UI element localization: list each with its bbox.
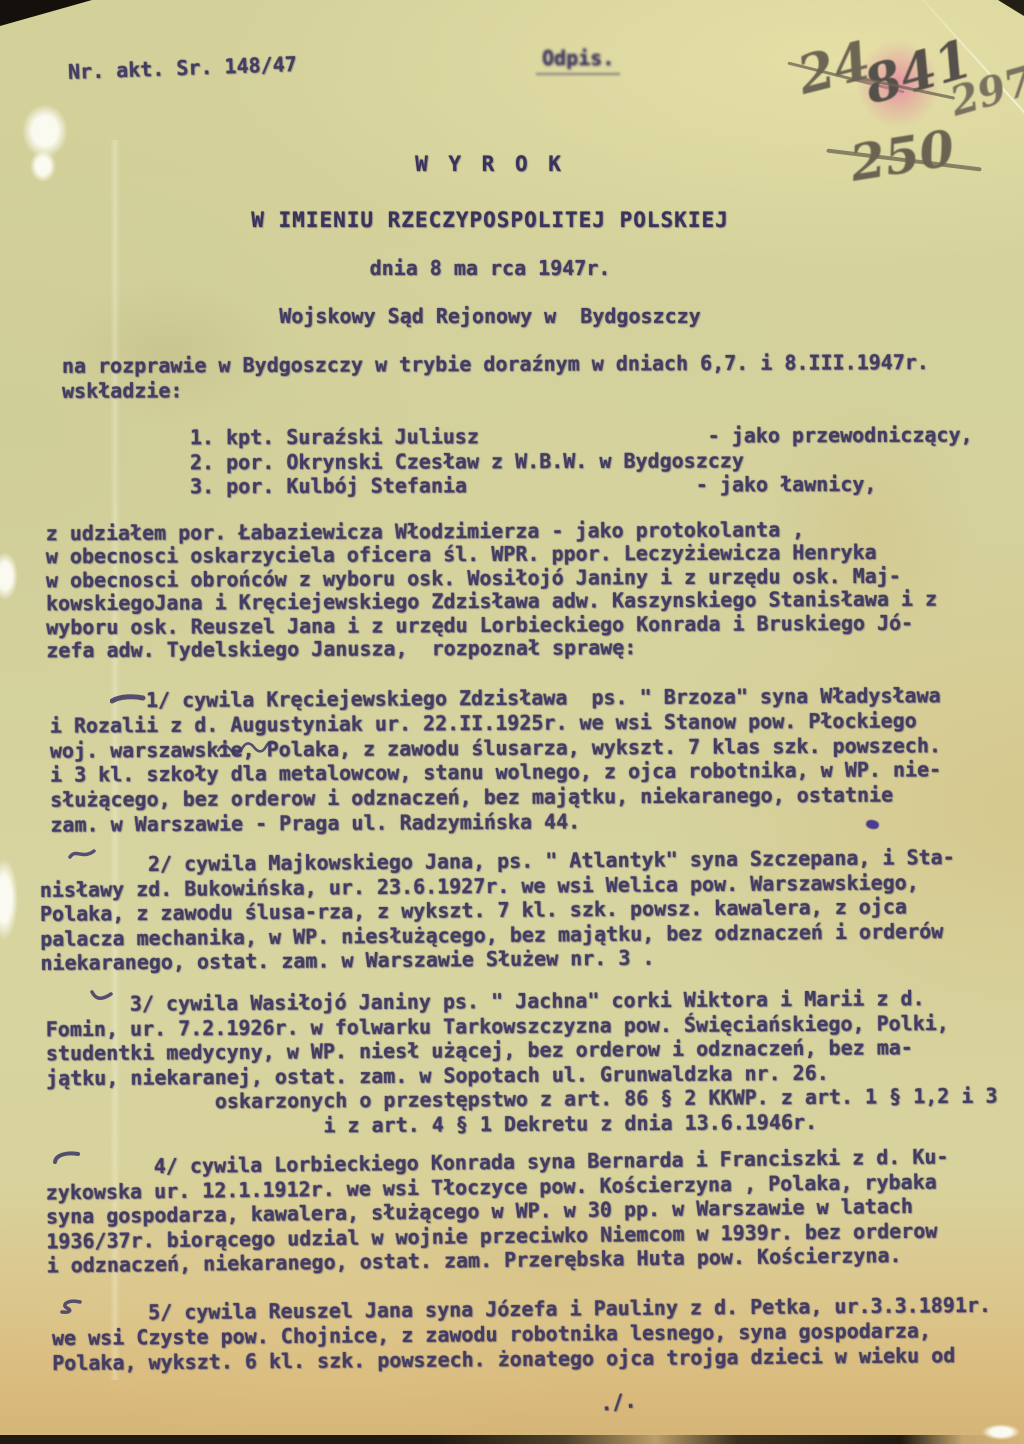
- page-continuation-mark: ./.: [599, 1388, 637, 1416]
- court-panel-list: 1. kpt. Suraźski Juliusz - jako przewodn…: [190, 423, 973, 500]
- pen-check-mark: [90, 988, 114, 1004]
- hearing-intro: na rozprawie w Bydgoszczy w trybie doraź…: [62, 350, 929, 403]
- pen-curl-mark: [58, 1298, 84, 1316]
- defendant-4-paragraph: 4/ cywila Lorbieckiego Konrada syna Bern…: [45, 1144, 950, 1278]
- court-name-line: Wojskowy Sąd Rejonowy w Bydgoszczy: [0, 304, 980, 329]
- copy-label: Odpis.: [536, 46, 620, 75]
- pen-tilde-mark: [68, 846, 98, 862]
- date-line: dnia 8 ma rca 1947r.: [0, 256, 980, 281]
- defendant-2-paragraph: 2/ cywila Majkowskiego Jana, ps. " Atlan…: [39, 845, 955, 976]
- scan-edge-dark-bottom: [0, 1435, 1024, 1444]
- defendant-5-paragraph: 5/ cywila Reuszel Jana syna Józefa i Pau…: [52, 1293, 992, 1376]
- pen-hook-mark: [52, 1150, 82, 1168]
- pen-dash-mark: [110, 692, 146, 706]
- verdict-title: W Y R O K: [0, 152, 980, 177]
- scanned-court-verdict-page: Nr. akt. Sr. 148/47 Odpis. 24 841 297 25…: [0, 0, 1024, 1444]
- paper-tear-spot: [0, 552, 18, 600]
- in-the-name-line: W IMIENIU RZECZYPOSPOLITEJ POLSKIEJ: [0, 208, 980, 233]
- case-number: Nr. akt. Sr. 148/47: [68, 52, 298, 85]
- scan-corner-dark-top-left: [0, 0, 92, 26]
- defendant-1-paragraph: 1/ cywila Kręciejewskiego Zdzisława ps. …: [50, 683, 942, 837]
- paper-tear-spot: [0, 858, 18, 940]
- defendant-3-paragraph: 3/ cywila Wasiłojó Janiny ps. " Jachna" …: [45, 986, 997, 1140]
- participants-paragraph: z udziałem por. Łabaziewicza Włodzimierz…: [46, 518, 938, 663]
- paper-tear-spot: [982, 1424, 1020, 1440]
- scan-corner-dark-top-right: [998, 0, 1024, 16]
